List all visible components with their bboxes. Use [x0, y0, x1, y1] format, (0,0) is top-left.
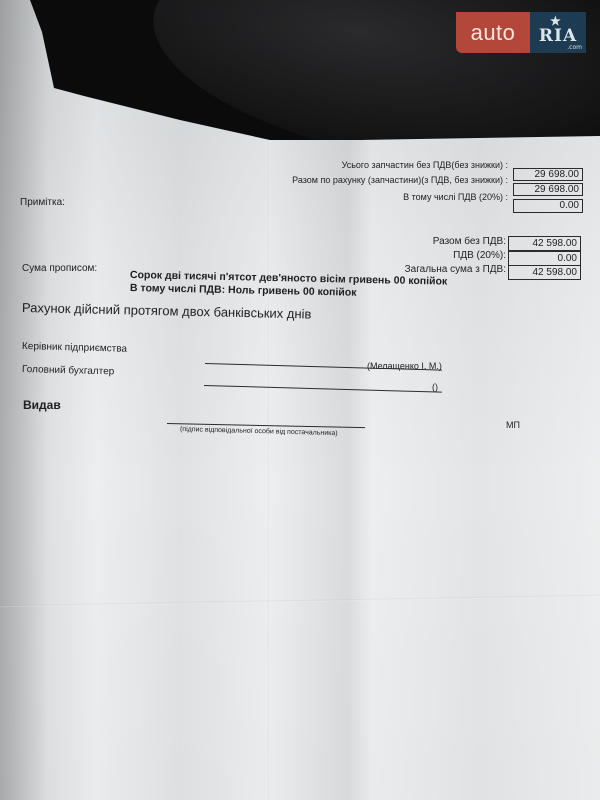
- invoice-total-parts-label: Разом по рахунку (запчастини)(з ПДВ, без…: [292, 175, 508, 185]
- logo-com-text: .com: [567, 44, 582, 51]
- parts-vat-value: 0.00: [513, 199, 583, 213]
- issued-caption: (підпис відповідальної особи від постача…: [180, 426, 338, 437]
- amount-in-words-label: Сума прописом:: [22, 263, 97, 274]
- note-label: Примітка:: [20, 197, 65, 208]
- parts-vat-label: В тому числі ПДВ (20%) :: [403, 192, 508, 202]
- parts-total-label: Усього запчастин без ПДВ(без знижки) :: [342, 160, 508, 170]
- vat-label: ПДВ (20%):: [453, 250, 506, 261]
- stamp-label: МП: [506, 420, 520, 430]
- total-without-vat-value: 42 598.00: [508, 236, 581, 251]
- total-with-vat-label: Загальна сума з ПДВ:: [405, 264, 506, 275]
- total-without-vat-label: Разом без ПДВ:: [433, 236, 506, 247]
- autoria-logo: auto ★ RIA .com: [456, 12, 586, 53]
- accountant-signature-line: [204, 385, 442, 393]
- director-name: (Мелащенко І. М.): [367, 361, 442, 371]
- paper-fold-horizontal: [0, 595, 600, 607]
- paper-fold-vertical: [268, 140, 270, 800]
- logo-ria-text: RIA: [530, 26, 586, 46]
- logo-ria-block: ★ RIA .com: [530, 12, 586, 53]
- logo-auto-text: auto: [456, 12, 530, 53]
- accountant-name: (): [432, 382, 438, 392]
- invoice-total-parts-value: 29 698.00: [513, 183, 583, 196]
- vat-value: 0.00: [508, 251, 581, 266]
- total-with-vat-value: 42 598.00: [508, 265, 581, 280]
- parts-total-value: 29 698.00: [513, 168, 583, 181]
- issued-label: Видав: [23, 398, 61, 412]
